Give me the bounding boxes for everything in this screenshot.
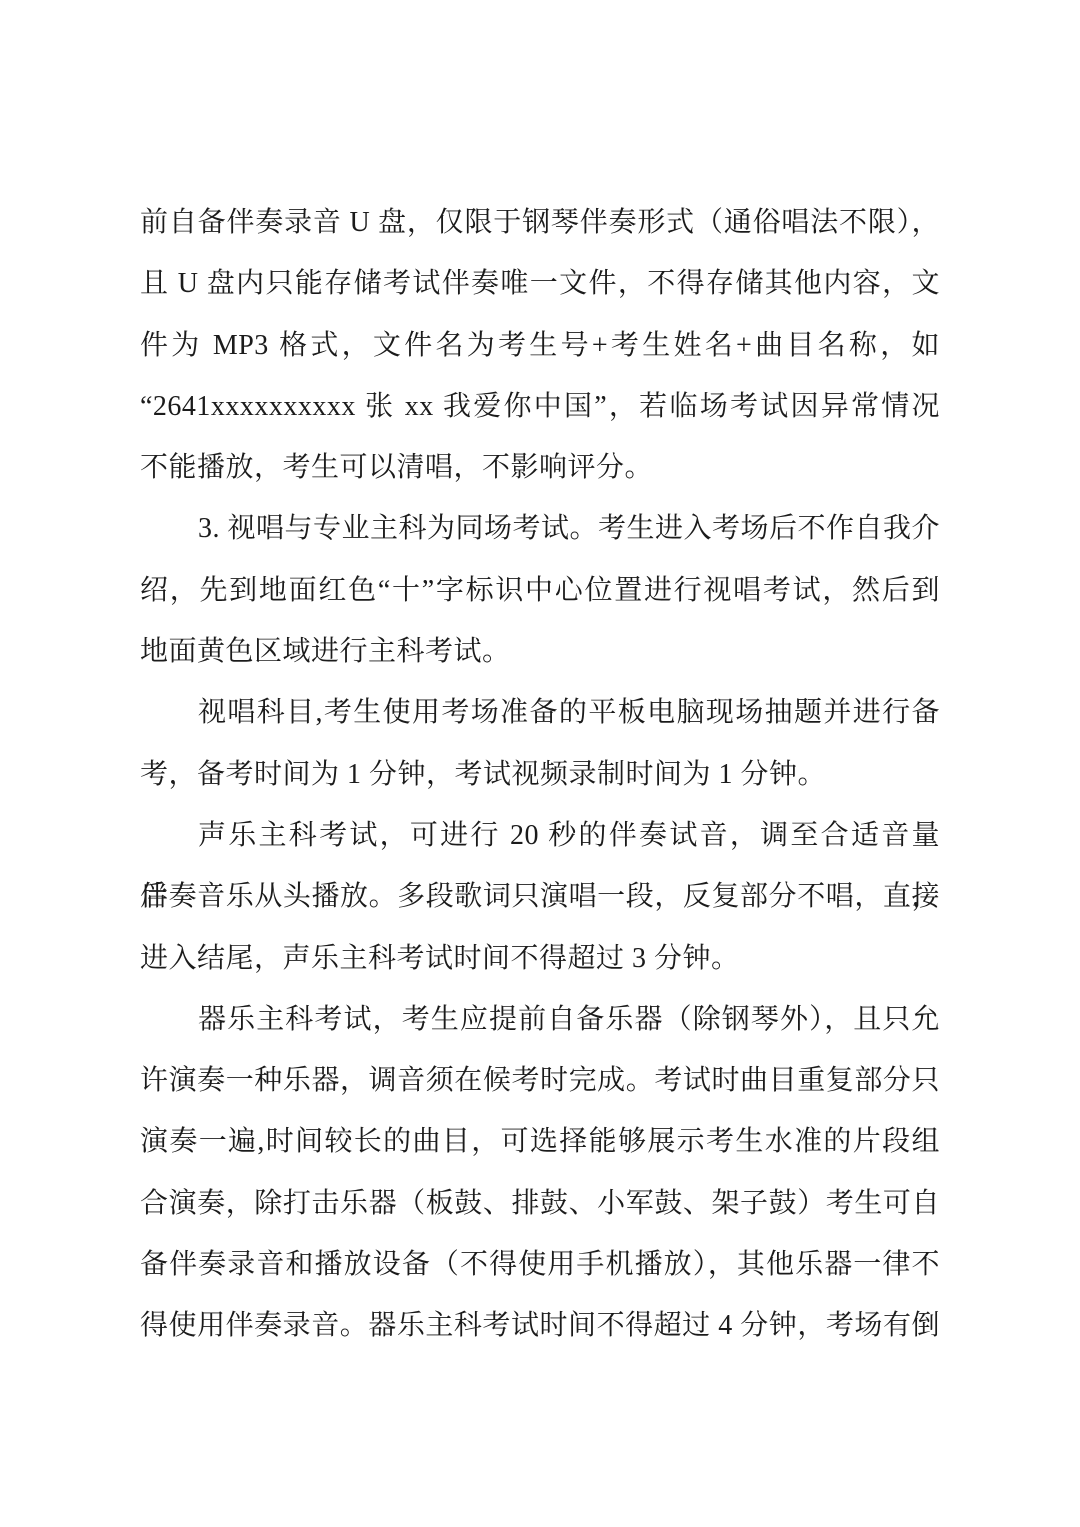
text-line: 考，备考时间为 1 分钟，考试视频录制时间为 1 分钟。 [140, 744, 940, 805]
text-line: 合演奏，除打击乐器（板鼓、排鼓、小军鼓、架子鼓）考生可自 [140, 1173, 940, 1234]
text-line: 器乐主科考试，考生应提前自备乐器（除钢琴外），且只允 [140, 989, 940, 1050]
text-line: 不能播放，考生可以清唱，不影响评分。 [140, 437, 940, 498]
text-line: 备伴奏录音和播放设备（不得使用手机播放），其他乐器一律不 [140, 1234, 940, 1295]
document-page: 前自备伴奏录音 U 盘，仅限于钢琴伴奏形式（通俗唱法不限），且 U 盘内只能存储… [0, 0, 1080, 1527]
text-line: 声乐主科考试，可进行 20 秒的伴奏试音，调至合适音量后， [140, 805, 940, 866]
text-line: 3. 视唱与专业主科为同场考试。考生进入考场后不作自我介 [140, 498, 940, 559]
text-line: 伴奏音乐从头播放。多段歌词只演唱一段，反复部分不唱，直接 [140, 866, 940, 927]
text-line: 得使用伴奏录音。器乐主科考试时间不得超过 4 分钟，考场有倒 [140, 1295, 940, 1356]
text-line: 地面黄色区域进行主科考试。 [140, 621, 940, 682]
text-line: 前自备伴奏录音 U 盘，仅限于钢琴伴奏形式（通俗唱法不限）， [140, 192, 940, 253]
text-line: 绍，先到地面红色“十”字标识中心位置进行视唱考试，然后到 [140, 560, 940, 621]
text-block: 前自备伴奏录音 U 盘，仅限于钢琴伴奏形式（通俗唱法不限），且 U 盘内只能存储… [140, 192, 940, 1357]
text-line: 且 U 盘内只能存储考试伴奏唯一文件，不得存储其他内容，文 [140, 253, 940, 314]
text-line: 件为 MP3 格式，文件名为考生号+考生姓名+曲目名称，如 [140, 315, 940, 376]
text-line: 许演奏一种乐器，调音须在候考时完成。考试时曲目重复部分只 [140, 1050, 940, 1111]
text-line: 视唱科目,考生使用考场准备的平板电脑现场抽题并进行备 [140, 682, 940, 743]
text-line: 演奏一遍,时间较长的曲目，可选择能够展示考生水准的片段组 [140, 1111, 940, 1172]
text-line: “2641xxxxxxxxxx 张 xx 我爱你中国”，若临场考试因异常情况 [140, 376, 940, 437]
text-line: 进入结尾，声乐主科考试时间不得超过 3 分钟。 [140, 928, 940, 989]
